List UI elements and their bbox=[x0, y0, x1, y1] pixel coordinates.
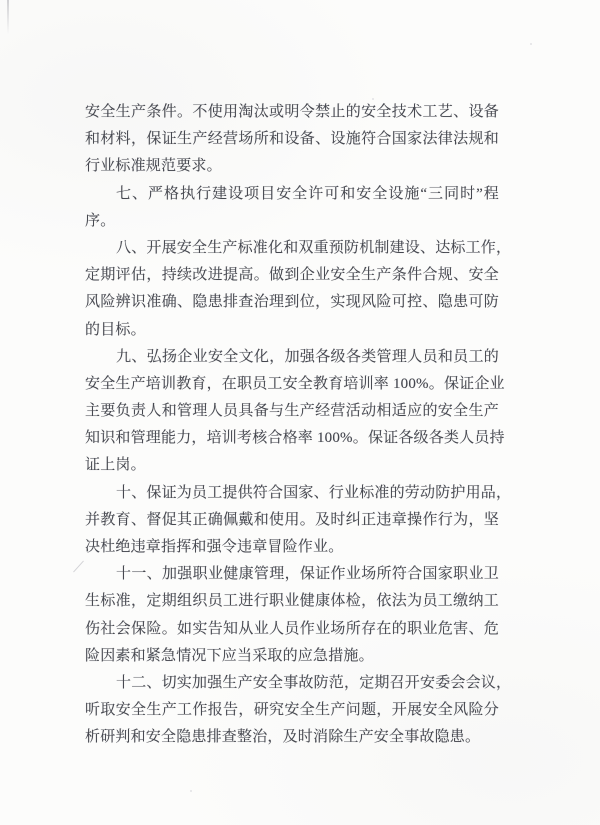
document-line: 序。 bbox=[85, 208, 499, 235]
document-line: 九、弘扬企业安全文化，加强各级各类管理人员和员工的 bbox=[85, 344, 499, 371]
paragraph: 安全生产条件。不使用淘汰或明令禁止的安全技术工艺、设备和材料，保证生产经营场所和… bbox=[85, 99, 499, 181]
document-line: 十、保证为员工提供符合国家、行业标准的劳动防护用品， bbox=[85, 480, 499, 507]
document-line: 析研判和安全隐患排查整治，及时消除生产安全事故隐患。 bbox=[85, 724, 499, 751]
document-line: 七、严格执行建设项目安全许可和安全设施“三同时”程 bbox=[85, 181, 499, 208]
document-line: 知识和管理能力，培训考核合格率 100%。保证各级各类人员持 bbox=[85, 425, 499, 452]
document-line: 听取安全生产工作报告，研究安全生产问题，开展安全风险分 bbox=[85, 697, 499, 724]
paragraph: 七、严格执行建设项目安全许可和安全设施“三同时”程序。 bbox=[85, 181, 499, 235]
scan-smudge-artifact bbox=[73, 561, 84, 573]
document-line: 八、开展安全生产标准化和双重预防机制建设、达标工作， bbox=[85, 235, 499, 262]
scan-noise-dot bbox=[530, 43, 532, 45]
document-line: 主要负责人和管理人员具备与生产经营活动相适应的安全生产 bbox=[85, 398, 499, 425]
document-line: 安全生产条件。不使用淘汰或明令禁止的安全技术工艺、设备 bbox=[85, 99, 499, 126]
paragraph: 十、保证为员工提供符合国家、行业标准的劳动防护用品，并教育、督促其正确佩戴和使用… bbox=[85, 480, 499, 562]
scan-edge-artifact bbox=[7, 0, 9, 34]
document-body: 安全生产条件。不使用淘汰或明令禁止的安全技术工艺、设备和材料，保证生产经营场所和… bbox=[85, 99, 499, 752]
scan-noise-dot bbox=[190, 790, 192, 792]
paragraph: 十二、切实加强生产安全事故防范，定期召开安委会会议，听取安全生产工作报告，研究安… bbox=[85, 670, 499, 752]
document-line: 和材料，保证生产经营场所和设备、设施符合国家法律法规和 bbox=[85, 126, 499, 153]
document-line: 十二、切实加强生产安全事故防范，定期召开安委会会议， bbox=[85, 670, 499, 697]
paragraph: 十一、加强职业健康管理，保证作业场所符合国家职业卫生标准，定期组织员工进行职业健… bbox=[85, 561, 499, 670]
document-line: 决杜绝违章指挥和强令违章冒险作业。 bbox=[85, 534, 499, 561]
document-line: 行业标准规范要求。 bbox=[85, 153, 499, 180]
document-line: 险因素和紧急情况下应当采取的应急措施。 bbox=[85, 643, 499, 670]
document-line: 生标准，定期组织员工进行职业健康体检，依法为员工缴纳工 bbox=[85, 588, 499, 615]
paragraph: 九、弘扬企业安全文化，加强各级各类管理人员和员工的安全生产培训教育，在职员工安全… bbox=[85, 344, 499, 480]
paragraph: 八、开展安全生产标准化和双重预防机制建设、达标工作，定期评估，持续改进提高。做到… bbox=[85, 235, 499, 344]
scanned-page: 安全生产条件。不使用淘汰或明令禁止的安全技术工艺、设备和材料，保证生产经营场所和… bbox=[0, 0, 600, 825]
document-line: 定期评估，持续改进提高。做到企业安全生产条件合规、安全 bbox=[85, 262, 499, 289]
document-line: 安全生产培训教育，在职员工安全教育培训率 100%。保证企业 bbox=[85, 371, 499, 398]
document-line: 并教育、督促其正确佩戴和使用。及时纠正违章操作行为，坚 bbox=[85, 507, 499, 534]
document-line: 十一、加强职业健康管理，保证作业场所符合国家职业卫 bbox=[85, 561, 499, 588]
document-line: 伤社会保险。如实告知从业人员作业场所存在的职业危害、危 bbox=[85, 616, 499, 643]
document-line: 的目标。 bbox=[85, 317, 499, 344]
document-line: 风险辨识准确、隐患排查治理到位，实现风险可控、隐患可防 bbox=[85, 289, 499, 316]
document-line: 证上岗。 bbox=[85, 452, 499, 479]
